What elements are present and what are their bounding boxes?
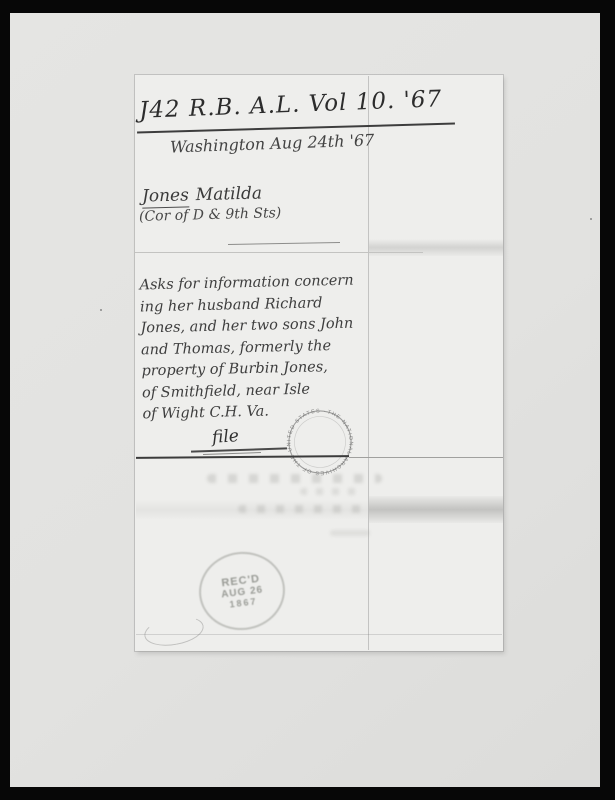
filing-note: file bbox=[211, 426, 239, 448]
bleedthrough-smudge bbox=[238, 505, 363, 513]
received-stamp-line3: 1867 bbox=[229, 596, 258, 609]
scanned-document-page: J42 R.B. A.L. Vol 10. '67 Washington Aug… bbox=[0, 0, 615, 800]
summary-body: Asks for information concern ing her hus… bbox=[139, 271, 356, 426]
svg-text:THE NATIONAL ARCHIVES OF THE U: THE NATIONAL ARCHIVES OF THE UNITED STAT… bbox=[279, 401, 360, 482]
correspondent-given-name: Matilda bbox=[196, 183, 263, 205]
correspondent-name: JonesMatilda bbox=[142, 183, 263, 206]
bottom-section-rule-extension bbox=[349, 457, 503, 458]
bleedthrough-smudge bbox=[330, 530, 370, 536]
section-divider-rule bbox=[135, 252, 423, 253]
fold-shadow-lower bbox=[369, 496, 503, 523]
archives-stamp-rim-text: THE NATIONAL ARCHIVES OF THE UNITED STAT… bbox=[279, 401, 360, 482]
correspondent-surname: Jones bbox=[142, 185, 189, 208]
bleedthrough-smudge bbox=[300, 488, 358, 495]
bleedthrough-smudge bbox=[207, 474, 382, 483]
dust-speck bbox=[590, 218, 592, 220]
vertical-fold-crease bbox=[368, 76, 369, 650]
dust-speck bbox=[100, 309, 102, 311]
fold-shadow-upper bbox=[369, 239, 503, 256]
